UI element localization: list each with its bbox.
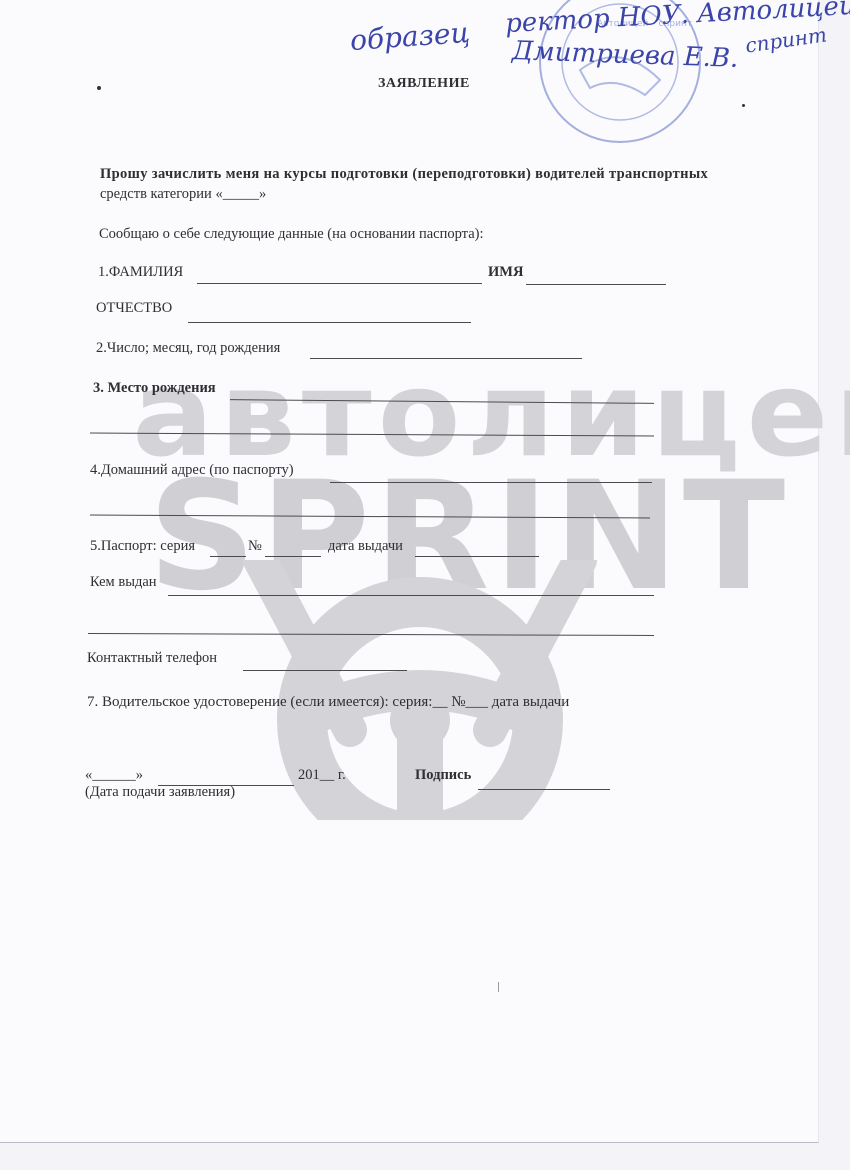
birth-date-field[interactable] <box>310 358 582 359</box>
scan-mark <box>498 982 499 992</box>
name-field[interactable] <box>526 284 666 285</box>
scan-speck <box>742 104 745 107</box>
date-day-field[interactable]: «______» <box>85 767 143 784</box>
passport-number-field[interactable] <box>265 556 321 557</box>
passport-number-label: № <box>248 538 262 555</box>
signature-field[interactable] <box>478 789 610 790</box>
license-label: 7. Водительское удостоверение (если имее… <box>87 694 569 711</box>
signature-label: Подпись <box>415 767 471 784</box>
name-label: ИМЯ <box>488 264 523 281</box>
passport-series-field[interactable] <box>210 556 246 557</box>
patronymic-label: ОТЧЕСТВО <box>96 300 172 317</box>
home-address-field[interactable] <box>330 482 652 483</box>
home-address-label: 4.Домашний адрес (по паспорту) <box>90 462 294 479</box>
phone-label: Контактный телефон <box>87 650 217 667</box>
passport-series-label: 5.Паспорт: серия <box>90 538 195 555</box>
date-year-label: 201__ г. <box>298 767 346 784</box>
issued-by-label: Кем выдан <box>90 574 157 591</box>
passport-issue-date-field[interactable] <box>415 556 539 557</box>
date-caption: (Дата подачи заявления) <box>85 784 235 801</box>
surname-label: 1.ФАМИЛИЯ <box>98 264 183 281</box>
birth-date-label: 2.Число; месяц, год рождения <box>96 340 280 357</box>
surname-field[interactable] <box>197 283 482 284</box>
patronymic-field[interactable] <box>188 322 471 323</box>
phone-field[interactable] <box>243 670 407 671</box>
passport-issue-date-label: дата выдачи <box>328 538 403 555</box>
issued-by-field[interactable] <box>168 595 654 596</box>
birth-place-label: 3. Место рождения <box>93 380 216 397</box>
document-title: ЗАЯВЛЕНИЕ <box>378 76 470 92</box>
data-intro: Сообщаю о себе следующие данные (на осно… <box>99 226 483 243</box>
intro-line-2: средств категории «_____» <box>100 186 266 203</box>
scan-speck <box>97 86 101 90</box>
intro-line-1: Прошу зачислить меня на курсы подготовки… <box>100 166 708 183</box>
